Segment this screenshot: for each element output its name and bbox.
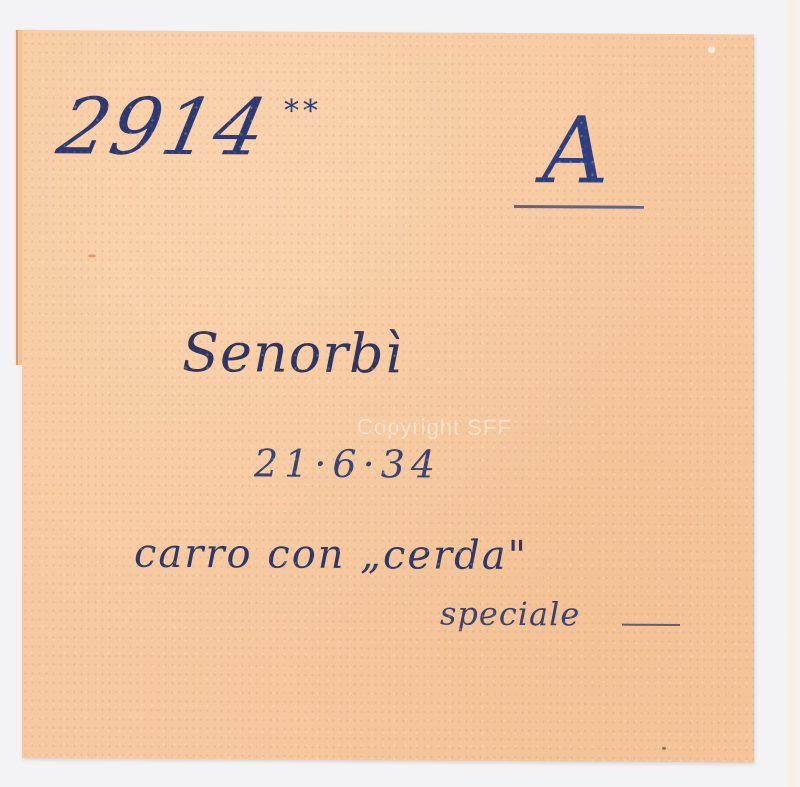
background-edge (787, 0, 800, 787)
date: 21·6·34 (254, 441, 441, 486)
place-name: Senorbì (182, 321, 403, 385)
series-letter: A (542, 97, 609, 204)
series-underline (514, 205, 644, 209)
caption-note: speciale (440, 595, 580, 634)
star-marks-icon: ** (284, 94, 322, 129)
archival-card: 2914 ** A Senorbì 21·6·34 carro con „cer… (22, 30, 754, 762)
caption: carro con „cerda" (134, 531, 528, 579)
caption-note-underline (622, 624, 680, 626)
inventory-number: 2914 (50, 82, 276, 173)
paper-speck (662, 747, 666, 750)
paper-stain (88, 254, 96, 257)
copyright-watermark: Copyright SFF (357, 414, 512, 441)
paper-nick (708, 46, 715, 53)
